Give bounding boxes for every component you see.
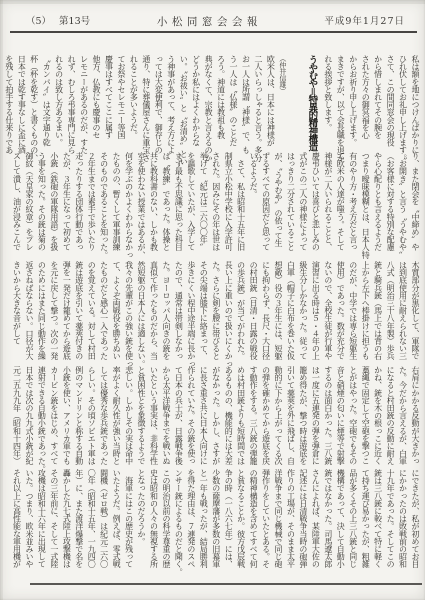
text-column: 典がなくて、宗教と言えるのか [202,55,214,149]
text-column: するのは面白かった。三八銃 [321,366,333,466]
text-column: す動作をする。三八銃の弾籠 [247,366,259,466]
text-column: 使用）であった。数が充分で [334,261,346,363]
text-column: れず、むしろ弔事専門に見ら [65,55,77,149]
text-column: 史は昭和の人々の無視する所 [147,469,159,576]
text-column: 私は額を地につけんばかりに [409,55,421,149]
text-column: 通り、特に葬儀屋さんに重宝さ [139,55,151,149]
text-column: いたという事実は、非科学性 [147,366,159,466]
text-column: とがはやった。空砲でもその [346,366,358,466]
text-column: っては大変便利で、御存じの [152,55,164,149]
text-column: 上から左下へ棒掛けに担うも [359,261,371,363]
text-column: やら心配りとも言えるようだ [371,152,383,258]
text-column: 籠め得たが、撃つ時は遊底を [296,366,308,466]
text-column: う神事があって、考え方によ [164,55,176,149]
text-column: た。ヨーロッパ人向きの銃を [159,261,171,363]
masthead-rule [10,31,417,33]
text-column: を得た理由は、７連発のスペ [184,469,196,576]
text-column: ２年生までは素手で歩いたり [85,152,97,258]
page-number: （5） [26,16,51,27]
text-column: は到底使用に耐えられない三 [396,261,408,363]
issue-date: 平成9年1月27日 [324,14,405,30]
text-column: 銃は三八銃に較べて特に軽く [371,469,383,576]
text-column: を残して拍手する仕来りであ [2,55,14,149]
text-column: の歩兵銃）が当てがわれた。 [234,261,246,363]
text-column: 歩きにくい程中途半端に長かっ [184,261,196,363]
text-column: に長さ重さ共に日本人向けに [197,366,209,466]
text-column: それ以上に高性能な軍用機が [10,469,22,576]
text-column: 二人いらっしゃると言う。多分 [251,55,263,149]
text-column: と貧なることか。彼方戊辰戦 [234,469,246,576]
text-column: さて、私は昭和十五年に旧 [234,152,246,258]
text-column: から太平洋戦争までを戦いぬ [159,366,171,466]
text-band-5: にできたが、私が初めてお目にかかったのは敗戦前の昭和十九年であった。そしてこの銃… [4,469,421,576]
text-column: さて、この間同窓会の現役 [384,55,396,149]
text-column: を謳歌していたが、入学して [184,152,196,258]
text-column: 〝お開き〟と言う〝うやむや〟 [396,152,408,258]
text-column: 演習に出る時は５・４年の上 [309,261,321,363]
text-column: がなかった。しかし、さすが [209,366,221,466]
text-column: たものの、暫くして軍事訓練 [110,152,122,258]
text-column: 御紋（天皇家の紋章）をプレ [23,152,35,258]
text-column: 銃と騎兵銃（馬上では背の右 [371,261,383,363]
text-column: れる挨拶と致します。 [321,55,333,149]
text-column: 記述には日清戦争当時の砲弾 [296,469,308,576]
text-band-3: 木質部分が黒化して、軍隊では到底使用に耐えられない三八式（明治三十八年製）歩兵銃… [4,261,421,363]
newsletter-title: 小松同窓会会報 [157,14,262,30]
text-column: 他方、仏教にも慶事のセ [90,55,102,149]
text-column: の村田銃（日清・日露の戦役 [247,261,259,363]
text-column: 慶事はすべてここに属す [102,55,114,149]
text-column: た。さらに剣を腰に帯びると [209,261,221,363]
text-column: て日本の兵士が、日露戦争後 [172,366,184,466]
text-column: きいから大きな音がして [10,261,22,363]
text-column: 十九年であった。そしてこの [384,469,396,576]
text-column: レモニーがあるのだが、すた [77,55,89,149]
text-column: 有のやり方・考え方だと言っ [346,152,358,258]
text-column: その尖端は膝下に絡まって、 [197,261,209,363]
text-column: たものだと感心一入であった [97,261,109,363]
text-column: 作りの工場が、そのまま太平 [284,469,296,576]
text-column: 洋戦争まで同じ機械で同じ砲 [272,469,284,576]
text-column: 銃ではなかった。司馬遼太郎 [321,469,333,576]
text-column: いたようだ。例えば、零式戦 [110,469,122,576]
text-column: 式がこの二人の神様によって [296,152,308,258]
text-column: 想敵）役の３年生には、短躯 [272,261,284,363]
text-column: 制県立小松中学校に入学許可 [222,152,234,258]
text-column: 連射できる自動小銃であった。 [35,366,47,466]
text-column: はっきり二分されていること [284,152,296,258]
text-column: ひれ伏してお礼申し上げます。 [396,55,408,149]
page-bottom-rule [30,583,422,585]
text-column: にできたが、私が初めてお目 [409,469,421,576]
text-column: のを覚えている。対して村田 [85,261,97,363]
text-column: のだが、中学では専ら短躯生 [346,261,358,363]
text-column: れるのは致し方あるまい。 [52,55,64,149]
text-column: 海軍にはこの歴史が残って [122,469,134,576]
text-column: 級生分しかなかった。従って [296,261,308,363]
text-column: あるものの、機能的には大差 [222,366,234,466]
text-column: い。〝お祓い〟と〝お清め〟とい [177,55,189,149]
text-column: 白軍（帽子に白布を巻いた仮 [284,261,296,363]
text-column: の弾を確かめてから遊底を戻 [259,366,271,466]
text-column: 機構であって、決して自動小 [334,469,346,576]
text-column: 〝カンパイ〟は文字通り乾 [40,55,52,149]
text-column: 神様が二人いられることと、 [321,152,333,258]
text-column: う事を知った。その銃は菊の [35,152,47,258]
text-column: お一人は所謂〝神様〟で、も [239,55,251,149]
text-column: 争の時（一八六七年）には、 [222,469,234,576]
scanned-newsletter-page: （5）第13号 小松同窓会会報 平成9年1月27日 私は額を地につけんばかりにひ… [0,0,425,600]
text-column: 長い上に重いので扱いにくかっ [222,261,234,363]
page-number-and-issue: （5）第13号 [26,14,90,30]
text-column: 共に教科書のない、しかも教 [147,152,159,258]
text-column: いた。つまり、欧米並みいや [23,469,35,576]
text-column: う一人は〝仏様〟のことだ [227,55,239,149]
text-column: 慶弔ひいては喜びと悲しみの [309,152,321,258]
text-column: た。今だから言えるが、白軍 [396,366,408,466]
text-column: から惜しまれてその腕を [371,55,383,149]
text-column: 少数の薩摩藩が多数の旧幕軍 [209,469,221,576]
text-column: たので、通常は帯剣しなかっ [172,261,184,363]
text-column: つまり曖昧模糊とは、日本人特 [359,152,371,258]
masthead: （5）第13号 小松同窓会会報 平成9年1月27日 [0,14,425,30]
issue-number: 第13号 [59,16,90,27]
text-column: 八式（明治三十八年製）歩兵 [384,261,396,363]
text-column: 藁縄で固定して空砲を撃つこ [359,366,371,466]
text-column: 率がよく耐久性が強い当時と [110,366,122,466]
text-column: ンサー銃によるものだと聞く。 [172,469,184,576]
text-band-1: 私は額を地につけんばかりにひれ伏してお礼申し上げます。さて、この間同窓会の現役か… [4,55,421,149]
text-column: ないので、全校生徒が行軍や [321,261,333,363]
text-band-4: 右肩にかかる反動が大きかった。今だから言えるが、白軍になると村田銃の反動に耐えか… [4,366,421,466]
article-headline: うやむや＝特異的精神構造 [303,55,322,149]
text-column: 弾作りをしていたとある。そ [259,469,271,576]
text-column: り、また閉会を〝中締め〟や [409,152,421,258]
text-column: 我々の先輩がこの強い銃を使っ [122,261,134,363]
text-column: てお祭やセレモニー等国 [114,55,126,149]
text-column: 欧米人は、日本には神様が [264,55,276,149]
text-column: 〇年（昭和十五年、一九四〇 [85,469,97,576]
text-column: 走ったりする団体行動であっ [72,152,84,258]
text-column: のためにはまた同じ動作を繰 [35,261,47,363]
text-column: カービン銃をはじめ、すべて [47,366,59,466]
text-column: そのものであることを知った。 [97,152,109,258]
text-column: と一年も戦ったが、結局勝利 [197,469,209,576]
text-column: 木質部分が黒化して、軍隊で [409,261,421,363]
text-column: 悲しい。しかしその実は命中 [122,366,134,466]
text-column: された。因みにその年は世は [209,152,221,258]
text-column: からお祈り申し上げます。 [346,55,358,149]
text-column: 攻機は昭和十六年に出現して [35,469,47,576]
text-column: 何を学ぶのかよくわからなかっ [122,152,134,258]
text-column: 轟かした九七式陸上攻撃機は [60,469,72,576]
text-column: 品が多くその上三八銃と同じ [346,469,358,576]
text-column: 例のマンドリンと称する自動 [72,366,84,466]
scan-edge-top [0,0,425,4]
text-column: にかかったのは敗戦前の昭和 [396,469,408,576]
text-column: て持ち運び易かったが、粗雑 [359,469,371,576]
text-column: 真似て作ったものだから、当 [147,261,159,363]
text-column: 返さねばならない。口径が大 [23,261,35,363]
text-column: たが、３年生になって初めて [60,152,72,258]
article-author: （仲井信雄） [276,55,303,149]
text-column: （お客様に対する特別な配慮 [384,152,396,258]
text-column: 杯（杯を乾す）と書くものの、 [27,55,39,149]
text-column: いるようだ。 [247,152,259,258]
text-column: 年）に、また渡洋爆撃で名を [72,469,84,576]
text-column: 引いて薬莢を外に飛ばし、自 [284,366,296,466]
text-column: 作られていた。その銃を使っ [184,366,196,466]
text-column: 弾を一発だけ籠めてから遊底 [60,261,72,363]
text-column: 小銃を使い、アメリカ軍でも [60,366,72,466]
text-column: その三年前に、そして一式陸 [47,469,59,576]
text-column: は一度に五連発の弾を弾倉に [309,366,321,466]
text-column: 動的に下から上がってくる次 [272,366,284,466]
text-column: かね、銃を木の根っこに近く [371,366,383,466]
text-column: まず最も不思議に思った科目 [172,152,184,258]
text-column: の精神構造を含めてすべて何 [247,469,259,576]
text-column: 音と硝煙の匂いに煙等で射撃 [334,366,346,466]
text-column: 日本では乾す事なしに盃に酒 [15,55,27,149]
text-column: 右肩にかかる反動が大きかっ [409,366,421,466]
text-column: 然短躯の日本人には適しない。 [135,261,147,363]
text-column: ろう。神道には教祖も教 [214,55,226,149]
text-column: 日本では次の九九式小銃が紀 [23,366,35,466]
text-column: らしい。その頃ソビエト軍は [85,366,97,466]
text-column: となったのだろうか。 [135,469,147,576]
text-column: さんによれば、某陸軍大佐の [309,469,321,576]
text-column: と貧困性とを象徴するようで [135,366,147,466]
text-column: 元二五九九年（昭和十四年） [10,366,22,466]
text-column: めは村田銃よりも短時間では [234,366,246,466]
text-column: にも拘わらず、長尺・大口径 [259,261,271,363]
text-column: になると村田銃の反動に耐え [384,366,396,466]
text-column: れることが多いようだ。 [127,55,139,149]
text-column: スして潰し、油が浸みこんで [10,152,22,258]
text-column: は〝教練〟であった。体操と [159,152,171,258]
text-column: 挙げて〝紀元は二六〇〇年〟 [197,152,209,258]
text-column: 小銃（鉄砲の軍隊用語）を扱 [47,152,59,258]
text-column: どうか私にはよくわからな [189,55,201,149]
text-column: 闘機（ゼロ戦）は紀元二六〇 [97,469,109,576]
text-column: ずるすべての原因だと思って [259,152,271,258]
text-column: が、〝うやむや〟の依って生 [272,152,284,258]
text-column: この明治以前の科学尊重の歴 [159,469,171,576]
text-column: て欧米の人達が嗤う。そして [334,152,346,258]
text-column: しては優秀な歩兵銃であった [97,366,109,466]
text-column: 銃は遊底を引いて薬莢付きの [72,261,84,363]
text-column: 室を使わない授業ではあるが、 [135,152,147,258]
text-column: を元に戻して撃つ。次の一発 [47,261,59,363]
text-column: て、よくぞ両戦役を勝ちぬい [110,261,122,363]
text-band-2: り、また閉会を〝中締め〟や〝お開き〟と言う〝うやむや〟（お客様に対する特別な配慮… [4,152,421,258]
text-column: まきですが、以て会長職を退か [334,55,346,149]
text-column: された方々の御冥福を心 [359,55,371,149]
